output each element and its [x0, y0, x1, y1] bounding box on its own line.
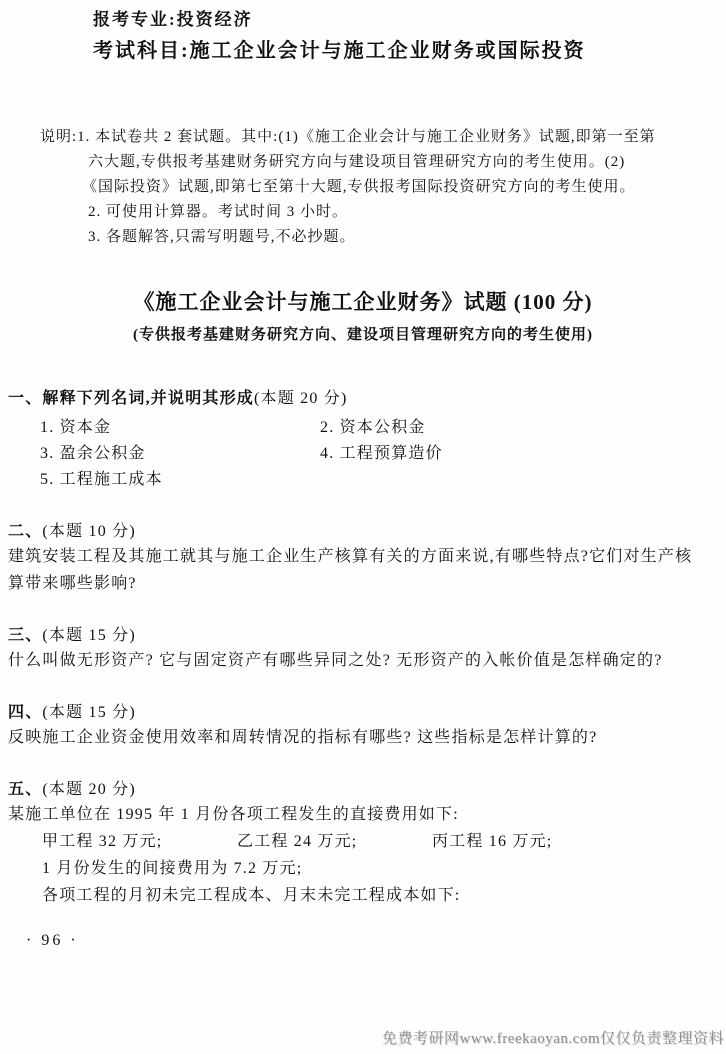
project-fees-row: 甲工程 32 万元; 乙工程 24 万元; 丙工程 16 万元;	[42, 828, 718, 855]
question-score: (本题 15 分)	[42, 704, 135, 721]
question-text-line: 1 月份发生的间接费用为 7.2 万元;	[42, 855, 718, 882]
question-number: 二、	[8, 523, 42, 540]
page-number: · 96 ·	[26, 932, 79, 950]
paper-header: 报考专业:投资经济 考试科目:施工企业会计与施工企业财务或国际投资	[93, 0, 726, 65]
instruction-line: 3. 各题解答,只需写明题号,不必抄题。	[88, 225, 726, 250]
question-text-line: 建筑安装工程及其施工就其与施工企业生产核算有关的方面来说,有哪些特点?它们对生产…	[8, 543, 718, 570]
term-item: 5. 工程施工成本	[40, 467, 320, 493]
subject-line: 考试科目:施工企业会计与施工企业财务或国际投资	[93, 37, 726, 65]
instructions-block: 说明:1. 本试卷共 2 套试题。其中:(1)《施工企业会计与施工企业财务》试题…	[0, 125, 726, 250]
question-text-line: 什么叫做无形资产? 它与固定资产有哪些异同之处? 无形资产的入帐价值是怎样确定的…	[8, 647, 718, 674]
question-text-line: 各项工程的月初未完工程成本、月末未完工程成本如下:	[42, 882, 718, 909]
question-score: (本题 15 分)	[42, 627, 135, 644]
question-heading: 一、解释下列名词,并说明其形成(本题 20 分)	[8, 387, 718, 410]
question-score: (本题 20 分)	[254, 390, 347, 407]
watermark: 免费考研网www.freekaoyan.com仅仅负责整理资料	[382, 1027, 724, 1048]
question-title: 解释下列名词,并说明其形成	[42, 390, 254, 407]
instruction-line: 2. 可使用计算器。考试时间 3 小时。	[88, 200, 726, 225]
question-score: (本题 20 分)	[42, 781, 135, 798]
term-list: 1. 资本金 2. 资本公积金 3. 盈余公积金 4. 工程预算造价 5. 工程…	[40, 415, 718, 493]
question-2: 二、(本题 10 分) 建筑安装工程及其施工就其与施工企业生产核算有关的方面来说…	[8, 520, 718, 597]
question-heading: 五、(本题 20 分)	[8, 778, 718, 801]
project-fee-item: 甲工程 32 万元;	[42, 828, 237, 855]
question-text-line: 算带来哪些影响?	[8, 570, 718, 597]
question-score: (本题 10 分)	[42, 523, 135, 540]
question-text-line: 反映施工企业资金使用效率和周转情况的指标有哪些? 这些指标是怎样计算的?	[8, 724, 718, 751]
project-fee-item: 乙工程 24 万元;	[237, 828, 432, 855]
major-line: 报考专业:投资经济	[93, 8, 726, 32]
project-fee-item: 丙工程 16 万元;	[432, 828, 627, 855]
term-item: 4. 工程预算造价	[320, 441, 718, 467]
question-4: 四、(本题 15 分) 反映施工企业资金使用效率和周转情况的指标有哪些? 这些指…	[8, 701, 718, 751]
question-heading: 二、(本题 10 分)	[8, 520, 718, 543]
instruction-line: 六大题,专供报考基建财务研究方向与建设项目管理研究方向的考生使用。(2)	[88, 150, 726, 175]
paper-title: 《施工企业会计与施工企业财务》试题 (100 分)	[0, 288, 726, 316]
term-item: 2. 资本公积金	[320, 415, 718, 441]
question-5: 五、(本题 20 分) 某施工单位在 1995 年 1 月份各项工程发生的直接费…	[8, 778, 718, 909]
question-number: 一、	[8, 390, 42, 407]
question-1: 一、解释下列名词,并说明其形成(本题 20 分) 1. 资本金 2. 资本公积金…	[8, 387, 718, 493]
instruction-line: 《国际投资》试题,即第七至第十大题,专供报考国际投资研究方向的考生使用。	[82, 175, 726, 200]
question-heading: 四、(本题 15 分)	[8, 701, 718, 724]
term-item: 3. 盈余公积金	[40, 441, 320, 467]
question-number: 三、	[8, 627, 42, 644]
paper-subtitle: (专供报考基建财务研究方向、建设项目管理研究方向的考生使用)	[0, 325, 726, 345]
question-heading: 三、(本题 15 分)	[8, 624, 718, 647]
exam-paper-page: 报考专业:投资经济 考试科目:施工企业会计与施工企业财务或国际投资 说明:1. …	[0, 0, 726, 1054]
question-number: 五、	[8, 781, 42, 798]
term-item: 1. 资本金	[40, 415, 320, 441]
question-number: 四、	[8, 704, 42, 721]
instruction-line: 说明:1. 本试卷共 2 套试题。其中:(1)《施工企业会计与施工企业财务》试题…	[40, 125, 726, 150]
question-text-line: 某施工单位在 1995 年 1 月份各项工程发生的直接费用如下:	[8, 801, 718, 828]
question-3: 三、(本题 15 分) 什么叫做无形资产? 它与固定资产有哪些异同之处? 无形资…	[8, 624, 718, 674]
